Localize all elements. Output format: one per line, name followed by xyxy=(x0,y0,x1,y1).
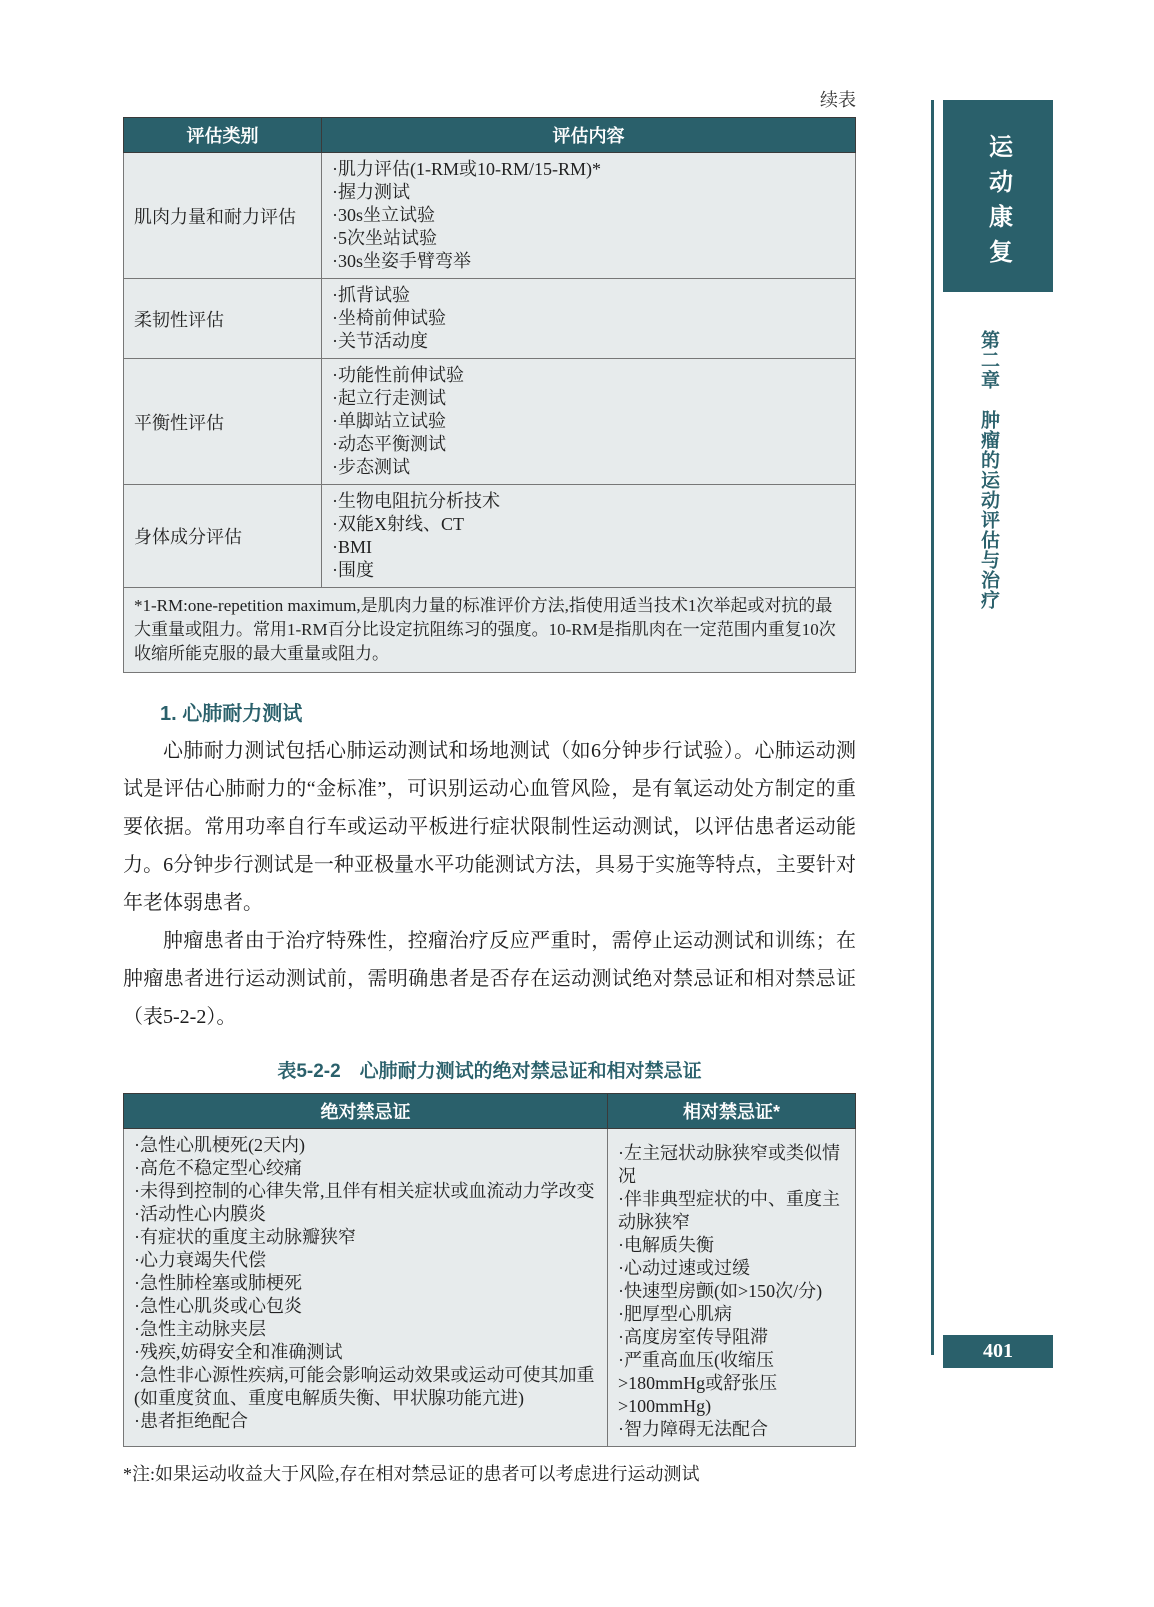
list-item: ·未得到控制的心律失常,且伴有相关症状或血流动力学改变 xyxy=(134,1180,597,1203)
list-item: ·起立行走测试 xyxy=(332,387,845,410)
chapter-title-vertical: 第二章 肿瘤的运动评估与治疗 xyxy=(975,330,1002,610)
list-item: ·握力测试 xyxy=(332,181,845,204)
list-item: ·生物电阻抗分析技术 xyxy=(332,490,845,513)
continued-table-label: 续表 xyxy=(123,86,856,112)
content-cell: ·功能性前伸试验 ·起立行走测试 ·单脚站立试验 ·动态平衡测试 ·步态测试 xyxy=(322,359,856,485)
table-row: ·急性心肌梗死(2天内) ·高危不稳定型心绞痛 ·未得到控制的心律失常,且伴有相… xyxy=(124,1129,856,1447)
table-row: 肌肉力量和耐力评估 ·肌力评估(1-RM或10-RM/15-RM)* ·握力测试… xyxy=(124,153,856,279)
list-item: ·快速型房颤(如>150次/分) xyxy=(618,1280,845,1303)
list-item: ·急性心肌炎或心包炎 xyxy=(134,1295,597,1318)
list-item: ·步态测试 xyxy=(332,456,845,479)
table-footnote: *1-RM:one-repetition maximum,是肌肉力量的标准评价方… xyxy=(124,588,856,673)
table-footnote-row: *1-RM:one-repetition maximum,是肌肉力量的标准评价方… xyxy=(124,588,856,673)
list-item: ·心力衰竭失代偿 xyxy=(134,1249,597,1272)
page-content: 续表 评估类别 评估内容 肌肉力量和耐力评估 ·肌力评估(1-RM或10-RM/… xyxy=(123,86,856,1486)
paragraph: 心肺耐力测试包括心肺运动测试和场地测试（如6分钟步行试验）。心肺运动测试是评估心… xyxy=(123,732,856,922)
list-item: ·活动性心内膜炎 xyxy=(134,1203,597,1226)
column-header-absolute: 绝对禁忌证 xyxy=(124,1094,608,1129)
list-item: ·急性主动脉夹层 xyxy=(134,1318,597,1341)
list-item: ·急性非心源性疾病,可能会影响运动效果或运动可使其加重(如重度贫血、重度电解质失… xyxy=(134,1364,597,1410)
table-header-row: 绝对禁忌证 相对禁忌证* xyxy=(124,1094,856,1129)
list-item: ·电解质失衡 xyxy=(618,1234,845,1257)
sidebar-divider-line xyxy=(931,100,934,1355)
relative-contraindications-cell: ·左主冠状动脉狭窄或类似情况 ·伴非典型症状的中、重度主动脉狭窄 ·电解质失衡 … xyxy=(608,1129,856,1447)
list-item: ·高危不稳定型心绞痛 xyxy=(134,1157,597,1180)
list-item: ·智力障碍无法配合 xyxy=(618,1418,845,1441)
table-header-row: 评估类别 评估内容 xyxy=(124,118,856,153)
list-item: ·坐椅前伸试验 xyxy=(332,307,845,330)
list-item: ·心动过速或过缓 xyxy=(618,1257,845,1280)
assessment-table: 评估类别 评估内容 肌肉力量和耐力评估 ·肌力评估(1-RM或10-RM/15-… xyxy=(123,117,856,673)
contraindications-table: 绝对禁忌证 相对禁忌证* ·急性心肌梗死(2天内) ·高危不稳定型心绞痛 ·未得… xyxy=(123,1093,856,1447)
list-item: ·单脚站立试验 xyxy=(332,410,845,433)
list-item: ·急性肺栓塞或肺梗死 xyxy=(134,1272,597,1295)
book-title-banner: 运动康复 xyxy=(943,100,1053,292)
column-header-category: 评估类别 xyxy=(124,118,322,153)
list-item: ·左主冠状动脉狭窄或类似情况 xyxy=(618,1142,845,1188)
column-header-content: 评估内容 xyxy=(322,118,856,153)
list-item: ·双能X射线、CT xyxy=(332,513,845,536)
list-item: ·动态平衡测试 xyxy=(332,433,845,456)
book-title-text: 运动康复 xyxy=(981,134,1016,274)
list-item: ·伴非典型症状的中、重度主动脉狭窄 xyxy=(618,1188,845,1234)
list-item: ·30s坐姿手臂弯举 xyxy=(332,250,845,273)
list-item: ·肥厚型心肌病 xyxy=(618,1303,845,1326)
category-cell: 肌肉力量和耐力评估 xyxy=(124,153,322,279)
table-row: 身体成分评估 ·生物电阻抗分析技术 ·双能X射线、CT ·BMI ·围度 xyxy=(124,485,856,588)
list-item: ·5次坐站试验 xyxy=(332,227,845,250)
category-cell: 柔韧性评估 xyxy=(124,279,322,359)
list-item: ·残疾,妨碍安全和准确测试 xyxy=(134,1341,597,1364)
list-item: ·关节活动度 xyxy=(332,330,845,353)
content-cell: ·肌力评估(1-RM或10-RM/15-RM)* ·握力测试 ·30s坐立试验 … xyxy=(322,153,856,279)
paragraph: 肿瘤患者由于治疗特殊性，控瘤治疗反应严重时，需停止运动测试和训练；在肿瘤患者进行… xyxy=(123,922,856,1036)
absolute-contraindications-cell: ·急性心肌梗死(2天内) ·高危不稳定型心绞痛 ·未得到控制的心律失常,且伴有相… xyxy=(124,1129,608,1447)
list-item: ·急性心肌梗死(2天内) xyxy=(134,1134,597,1157)
list-item: ·围度 xyxy=(332,559,845,582)
category-cell: 平衡性评估 xyxy=(124,359,322,485)
list-item: ·肌力评估(1-RM或10-RM/15-RM)* xyxy=(332,158,845,181)
category-cell: 身体成分评估 xyxy=(124,485,322,588)
list-item: ·30s坐立试验 xyxy=(332,204,845,227)
list-item: ·有症状的重度主动脉瓣狭窄 xyxy=(134,1226,597,1249)
list-item: ·高度房室传导阻滞 xyxy=(618,1326,845,1349)
table2-title: 表5-2-2 心肺耐力测试的绝对禁忌证和相对禁忌证 xyxy=(123,1056,856,1083)
page-number-badge: 401 xyxy=(943,1335,1053,1368)
section-heading: 1. 心肺耐力测试 xyxy=(160,697,856,726)
table-row: 柔韧性评估 ·抓背试验 ·坐椅前伸试验 ·关节活动度 xyxy=(124,279,856,359)
list-item: ·功能性前伸试验 xyxy=(332,364,845,387)
table-row: 平衡性评估 ·功能性前伸试验 ·起立行走测试 ·单脚站立试验 ·动态平衡测试 ·… xyxy=(124,359,856,485)
list-item: ·患者拒绝配合 xyxy=(134,1410,597,1433)
table2-footnote: *注:如果运动收益大于风险,存在相对禁忌证的患者可以考虑进行运动测试 xyxy=(123,1460,856,1486)
list-item: ·BMI xyxy=(332,536,845,559)
page-number: 401 xyxy=(983,1340,1013,1363)
content-cell: ·抓背试验 ·坐椅前伸试验 ·关节活动度 xyxy=(322,279,856,359)
list-item: ·抓背试验 xyxy=(332,284,845,307)
list-item: ·严重高血压(收缩压>180mmHg或舒张压>100mmHg) xyxy=(618,1349,845,1418)
content-cell: ·生物电阻抗分析技术 ·双能X射线、CT ·BMI ·围度 xyxy=(322,485,856,588)
column-header-relative: 相对禁忌证* xyxy=(608,1094,856,1129)
